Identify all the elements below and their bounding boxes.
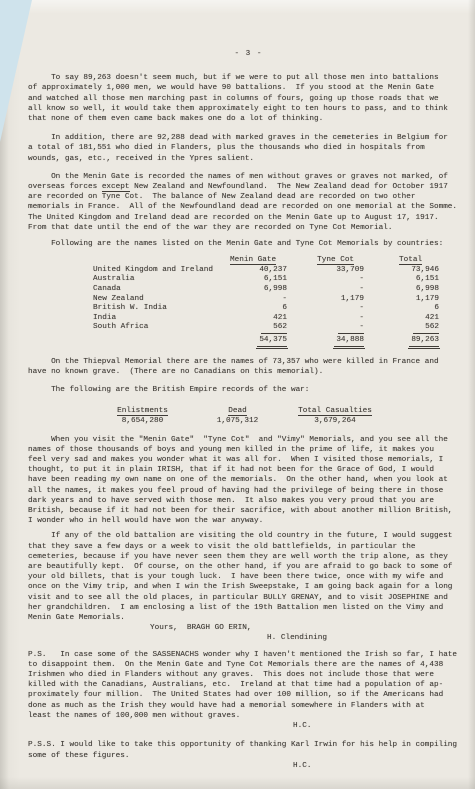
para-old-battalion: If any of the old battalion are visiting… [28, 531, 469, 623]
cell-total: 6 [364, 304, 439, 314]
cell-country [93, 336, 243, 347]
table-values-row: 8,654,280 1,075,312 3,679,264 [85, 416, 469, 426]
british-empire-records-table: Enlistments Dead Total Casualties 8,654,… [85, 406, 469, 426]
cell-menin-gate: 6 [243, 304, 287, 314]
cell-total: 73,946 [364, 266, 439, 276]
cell-total: 6,998 [364, 285, 439, 295]
cell-total: 421 [364, 314, 439, 324]
column-header-dead: Dead [200, 406, 275, 416]
cell-menin-gate: 562 [243, 323, 287, 334]
letter-content: - 3 - To say 89,263 doesn't seem much, b… [28, 0, 469, 771]
cell-total: 6,151 [364, 275, 439, 285]
table-row: New Zealand - 1,179 1,179 [93, 295, 469, 305]
cell-country: South Africa [93, 323, 243, 334]
column-header-menin-gate: Menin Gate [230, 256, 276, 266]
ps-initials: H.C. [293, 721, 469, 731]
para-marked-graves: In addition, there are 92,288 dead with … [28, 133, 469, 164]
table-row: India 421 - 421 [93, 314, 469, 324]
para-visiting-memorials: When you visit the "Menin Gate" "Tyne Co… [28, 435, 469, 527]
table-row: Australia 6,151 - 6,151 [93, 275, 469, 285]
cell-total-casualties: 3,679,264 [275, 416, 395, 426]
table-totals-row: 54,375 34,888 89,263 [93, 336, 469, 347]
cell-tyne-cot: 33,709 [287, 266, 364, 276]
cell-country: Canada [93, 285, 243, 295]
letter-page: - 3 - To say 89,263 doesn't seem much, b… [0, 0, 475, 789]
cell-tyne-cot: - [287, 275, 364, 285]
cell-menin-gate: 40,237 [243, 266, 287, 276]
table-header-row: Enlistments Dead Total Casualties [85, 406, 469, 416]
memorials-by-country-table: Menin Gate Tyne Cot Total United Kingdom… [93, 256, 469, 346]
cell-country: United Kingdom and Ireland [93, 266, 243, 276]
column-header-total-casualties: Total Casualties [275, 406, 395, 416]
table-header-row: Menin Gate Tyne Cot Total [93, 256, 469, 266]
cell-country: British W. India [93, 304, 243, 314]
column-header-enlistments: Enlistments [85, 406, 200, 416]
cell-tyne-cot-total: 34,888 [287, 336, 364, 347]
cell-menin-gate-total: 54,375 [243, 336, 287, 347]
para-records-intro: The following are the British Empire rec… [28, 385, 469, 395]
cell-menin-gate: 6,151 [243, 275, 287, 285]
table-row: Canada 6,998 - 6,998 [93, 285, 469, 295]
cell-enlistments: 8,654,280 [85, 416, 200, 426]
para-table-intro: Following are the names listed on the Me… [28, 239, 469, 249]
cell-tyne-cot: - [287, 314, 364, 324]
cell-grand-total: 89,263 [364, 336, 439, 347]
cell-dead: 1,075,312 [200, 416, 275, 426]
para-thiepval: On the Thiepval Memorial there are the n… [28, 357, 469, 377]
cell-tyne-cot: - [287, 323, 364, 334]
cell-total: 562 [364, 323, 439, 334]
signature-closing: Yours, BRAGH GO ERIN, [150, 623, 469, 633]
cell-country: Australia [93, 275, 243, 285]
table-row: South Africa 562 - 562 [93, 323, 469, 334]
postscript-ps: P.S. In case some of the SASSENACHS wond… [28, 650, 469, 721]
table-row: British W. India 6 - 6 [93, 304, 469, 314]
column-header-tyne-cot: Tyne Cot [317, 256, 354, 266]
cell-tyne-cot: - [287, 285, 364, 295]
cell-menin-gate: 421 [243, 314, 287, 324]
postscript-pss: P.S.S. I would like to take this opportu… [28, 740, 469, 760]
underlined-word-except: except [102, 183, 130, 192]
cell-tyne-cot: 1,179 [287, 295, 364, 305]
cell-menin-gate: 6,998 [243, 285, 287, 295]
cell-country: India [93, 314, 243, 324]
cell-country: New Zealand [93, 295, 243, 305]
cell-menin-gate: - [243, 295, 287, 305]
signature-name: H. Clendining [267, 633, 469, 643]
table-row: United Kingdom and Ireland 40,237 33,709… [93, 266, 469, 276]
cell-tyne-cot: - [287, 304, 364, 314]
column-header-total: Total [399, 256, 422, 266]
pss-initials: H.C. [293, 761, 469, 771]
cell-total: 1,179 [364, 295, 439, 305]
para-battalions: To say 89,263 doesn't seem much, but if … [28, 73, 469, 124]
para-memorial-recording: On the Menin Gate is recorded the names … [28, 172, 469, 233]
page-number: - 3 - [28, 49, 469, 59]
